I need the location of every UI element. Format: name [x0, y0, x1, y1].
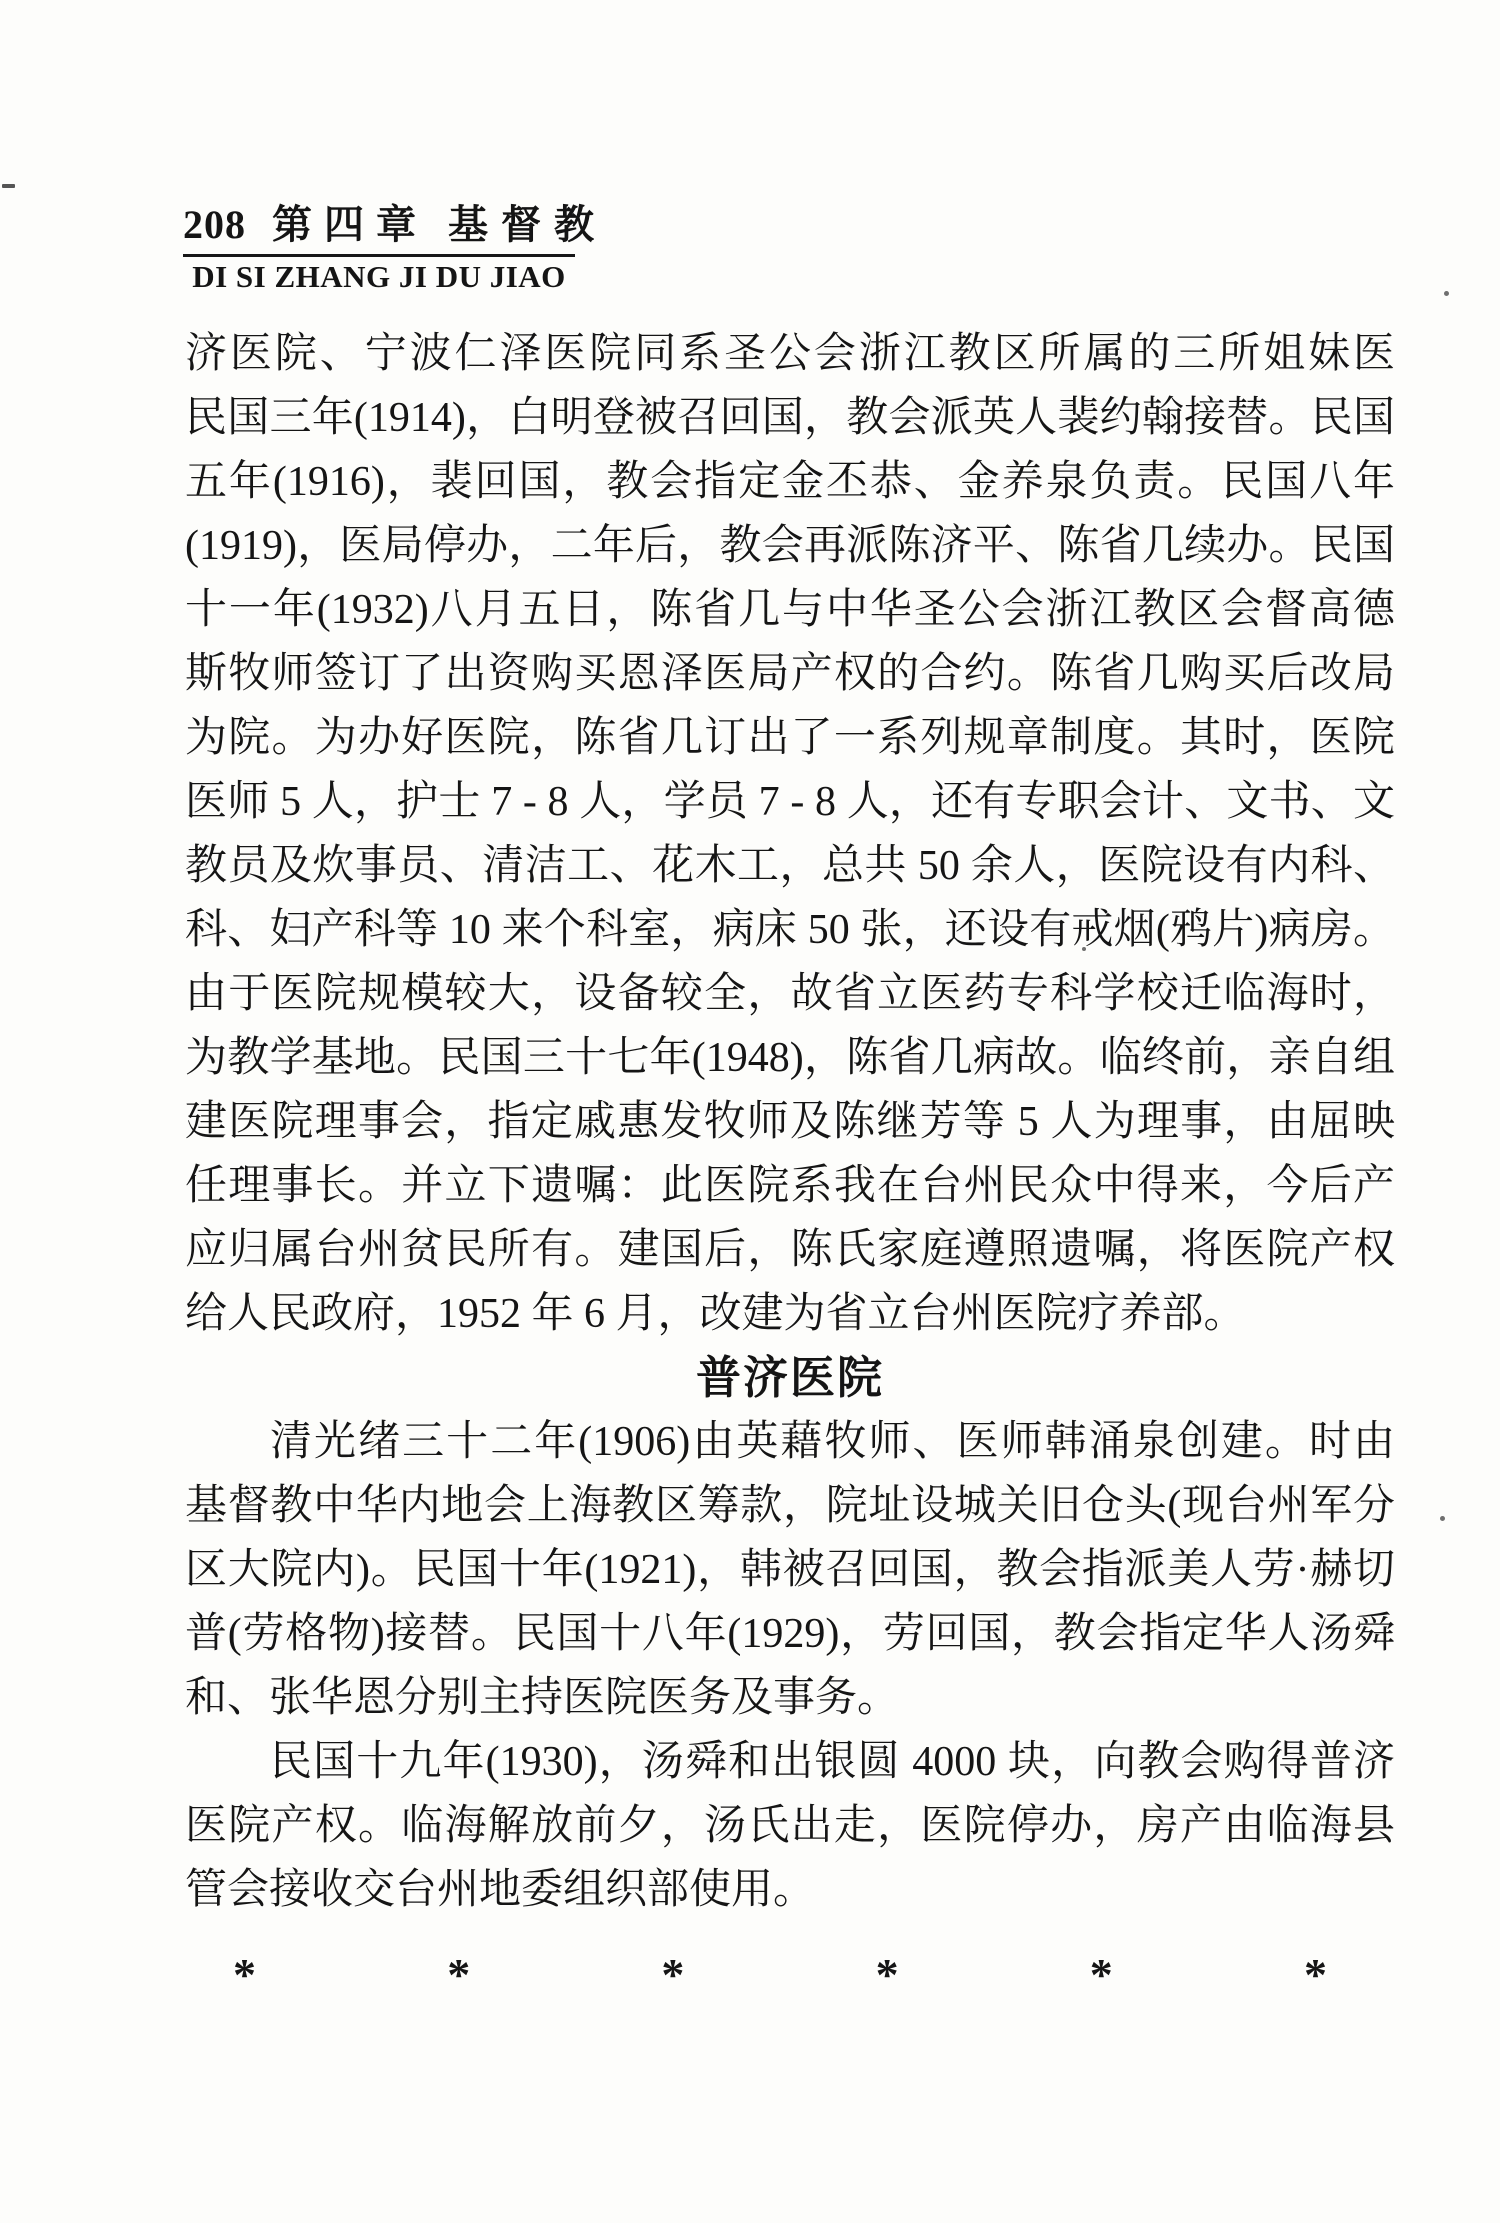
asterisk: * — [661, 1950, 684, 2000]
text-line: 五年(1916)，裴回国，教会指定金丕恭、金养泉负责。民国八年 — [185, 450, 1395, 514]
text-line: 给人民政府，1952 年 6 月，改建为省立台州医院疗养部。 — [185, 1282, 1395, 1346]
text-line: 普(劳格物)接替。民国十八年(1929)，劳回国，教会指定华人汤舜 — [185, 1602, 1395, 1666]
paragraph-1: 济医院、宁波仁泽医院同系圣公会浙江教区所属的三所姐妹医院。 民国三年(1914)… — [185, 322, 1395, 1346]
section-heading: 普济医院 — [185, 1346, 1395, 1410]
text-line: 医院产权。临海解放前夕，汤氏出走，医院停办，房产由临海县军 — [185, 1794, 1395, 1858]
text-line: 为院。为办好医院，陈省几订出了一系列规章制度。其时，医院有 — [185, 706, 1395, 770]
text-line: 十一年(1932)八月五日，陈省几与中华圣公会浙江教区会督高德 — [185, 578, 1395, 642]
text-line: 斯牧师签订了出资购买恩泽医局产权的合约。陈省几购买后改局 — [185, 642, 1395, 706]
scanned-book-page: 208第四章基督教 DI SI ZHANG JI DU JIAO 济医院、宁波仁… — [0, 0, 1500, 2223]
scan-speck — [2, 184, 15, 188]
scan-speck — [1440, 1516, 1445, 1521]
running-header-title: 208第四章基督教 — [183, 200, 575, 257]
paragraph-3: 民国十九年(1930)，汤舜和出银圆 4000 块，向教会购得普济 医院产权。临… — [185, 1730, 1395, 1922]
section-label: 基督教 — [448, 202, 607, 247]
text-line: 医师 5 人，护士 7 - 8 人，学员 7 - 8 人，还有专职会计、文书、文… — [185, 770, 1395, 834]
asterisk: * — [447, 1950, 470, 2000]
asterisk: * — [1090, 1950, 1113, 2000]
text-line: 教员及炊事员、清洁工、花木工，总共 50 余人，医院设有内科、外 — [185, 834, 1395, 898]
page-number: 208 — [183, 202, 246, 247]
text-line: 民国十九年(1930)，汤舜和出银圆 4000 块，向教会购得普济 — [185, 1730, 1395, 1794]
text-line: 区大院内)。民国十年(1921)，韩被召回国，教会指派美人劳·赫切 — [185, 1538, 1395, 1602]
text-line: 基督教中华内地会上海教区筹款，院址设城关旧仓头(现台州军分 — [185, 1474, 1395, 1538]
text-line: 清光绪三十二年(1906)由英藉牧师、医师韩涌泉创建。时由 — [185, 1410, 1395, 1474]
text-line: 科、妇产科等 10 来个科室，病床 50 张，还设有戒烟(鸦片)病房。 — [185, 898, 1395, 962]
text-line: 任理事长。并立下遗嘱：此医院系我在台州民众中得来，今后产权 — [185, 1154, 1395, 1218]
asterisk: * — [233, 1950, 256, 2000]
text-line: 建医院理事会，指定戚惠发牧师及陈继芳等 5 人为理事，由屈映光 — [185, 1090, 1395, 1154]
asterisk-separator-row: * * * * * * — [185, 1950, 1395, 2000]
text-line: 应归属台州贫民所有。建国后，陈氏家庭遵照遗嘱，将医院产权献 — [185, 1218, 1395, 1282]
text-line: 由于医院规模较大，设备较全，故省立医药专科学校迁临海时，作 — [185, 962, 1395, 1026]
text-line: (1919)，医局停办，二年后，教会再派陈济平、陈省几续办。民国二 — [185, 514, 1395, 578]
text-line: 民国三年(1914)，白明登被召回国，教会派英人裴约翰接替。民国 — [185, 386, 1395, 450]
header-pinyin: DI SI ZHANG JI DU JIAO — [183, 259, 575, 295]
text-line: 管会接收交台州地委组织部使用。 — [185, 1858, 1395, 1922]
asterisk: * — [876, 1950, 899, 2000]
running-header: 208第四章基督教 DI SI ZHANG JI DU JIAO — [183, 200, 575, 295]
scan-speck — [1082, 947, 1086, 951]
body-text-column: 济医院、宁波仁泽医院同系圣公会浙江教区所属的三所姐妹医院。 民国三年(1914)… — [185, 322, 1395, 2000]
text-line: 为教学基地。民国三十七年(1948)，陈省几病故。临终前，亲自组 — [185, 1026, 1395, 1090]
text-line: 和、张华恩分别主持医院医务及事务。 — [185, 1666, 1395, 1730]
chapter-label: 第四章 — [272, 202, 428, 247]
scan-speck — [1444, 291, 1449, 296]
text-line: 济医院、宁波仁泽医院同系圣公会浙江教区所属的三所姐妹医院。 — [185, 322, 1395, 386]
scan-speck — [658, 1437, 661, 1440]
asterisk: * — [1304, 1950, 1327, 2000]
paragraph-2: 清光绪三十二年(1906)由英藉牧师、医师韩涌泉创建。时由 基督教中华内地会上海… — [185, 1410, 1395, 1730]
